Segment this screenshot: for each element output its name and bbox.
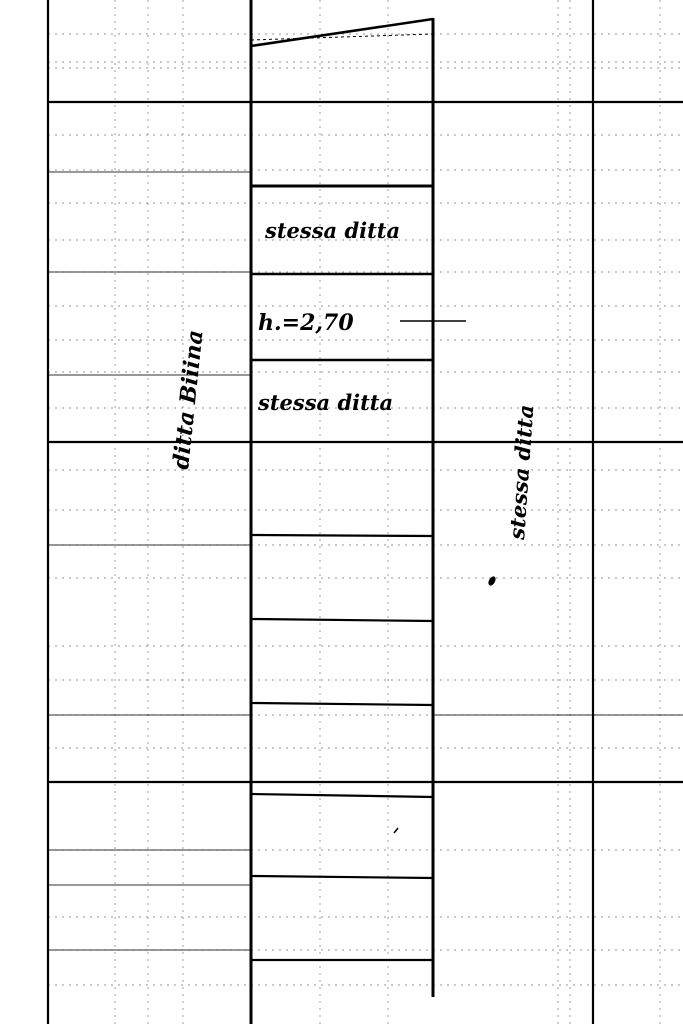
fine-grid <box>48 0 683 1024</box>
svg-text:stessa ditta: stessa ditta <box>264 218 400 243</box>
ink-dot <box>487 575 497 587</box>
svg-text:stessa ditta: stessa ditta <box>504 404 538 542</box>
svg-text:stessa ditta: stessa ditta <box>257 390 393 415</box>
graph-paper-drawing: stessa ditta h.=2,70 stessa ditta ditta … <box>0 0 683 1024</box>
medium-grid <box>48 172 683 950</box>
svg-text:ditta Biiina: ditta Biiina <box>168 329 208 471</box>
cell-label-1: stessa ditta <box>264 218 400 243</box>
ink-mark <box>394 828 398 833</box>
left-vertical-label: ditta Biiina <box>168 329 208 471</box>
cell-label-height: h.=2,70 <box>258 310 354 336</box>
svg-text:h.=2,70: h.=2,70 <box>258 310 354 336</box>
log-column <box>251 0 466 1024</box>
right-vertical-label: stessa ditta <box>504 404 538 542</box>
cell-label-3: stessa ditta <box>257 390 393 415</box>
major-grid <box>48 0 683 1024</box>
